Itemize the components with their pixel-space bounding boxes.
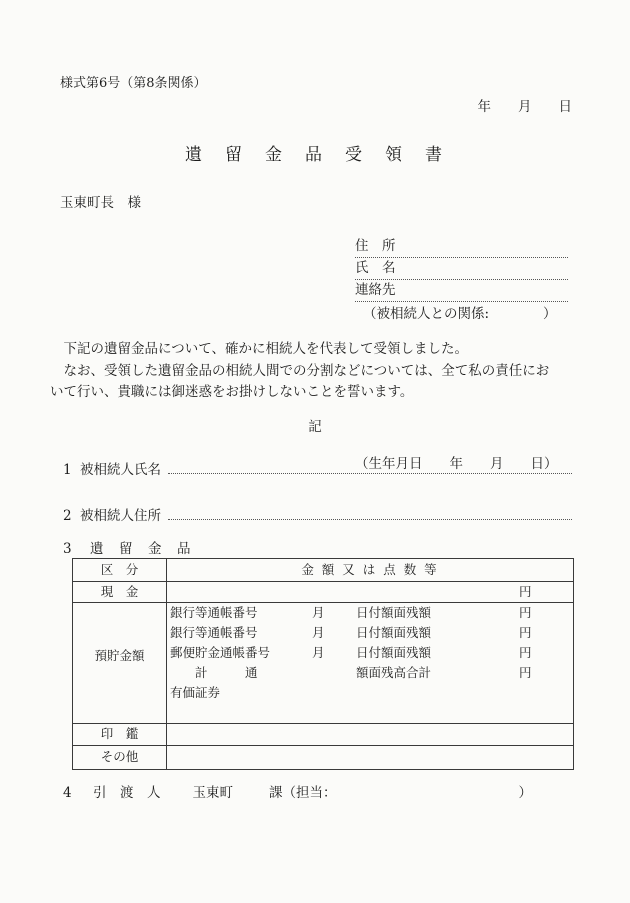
item4-label: 引 渡 人 <box>93 783 161 803</box>
form-number: 様式第6号（第8条関係） <box>60 74 207 94</box>
deposit-line-month: 月 <box>312 604 356 623</box>
deposit-line-desc: 日付額面残額 <box>356 604 519 623</box>
deposit-line-desc: 日付額面残額 <box>356 644 519 663</box>
recipient-block: 住 所 氏 名 連絡先 （被相続人との関係: ） <box>355 236 568 324</box>
town-name: 玉東町 <box>193 783 234 803</box>
item1-number: 1 <box>63 460 80 480</box>
deposit-line-desc: 日付額面残額 <box>356 624 519 643</box>
seal-row: 印 鑑 <box>73 723 573 745</box>
deposit-line-name: 銀行等通帳番号 <box>170 624 312 643</box>
deposit-line-blank <box>167 703 573 723</box>
other-value-cell <box>167 746 573 769</box>
deposit-lines: 銀行等通帳番号 月 日付額面残額 円 銀行等通帳番号 月 日付額面残額 円 郵便… <box>167 603 573 723</box>
decedent-name-fill-line: （生年月日 年 月 日） <box>168 455 572 474</box>
goods-table: 区 分 金 額 又 は 点 数 等 現 金 円 預貯金額 銀行等通帳番号 月 日… <box>72 558 574 770</box>
deposit-line-name: 有価証券 <box>170 684 312 703</box>
header-amount-cell: 金 額 又 は 点 数 等 <box>167 559 573 581</box>
item1-label: 被相続人氏名 <box>80 460 168 480</box>
address-fill-line: 住 所 <box>355 236 568 258</box>
cash-yen-unit: 円 <box>519 583 573 602</box>
body-paragraph: 下記の遺留金品について、確かに相続人を代表して受領しました。 なお、受領した遺留… <box>50 339 590 404</box>
document-title: 遺 留 金 品 受 領 書 <box>0 143 630 169</box>
deliverer-row: 4 引 渡 人 玉東町 課（担当： ） <box>63 783 532 803</box>
deposit-line-name: 計 通 <box>170 664 312 683</box>
item2-number: 2 <box>63 506 80 526</box>
contact-fill-line: 連絡先 <box>355 280 568 302</box>
other-row: その他 <box>73 745 573 769</box>
date-line: 年 月 日 <box>478 97 573 117</box>
deposit-line-unit: 円 <box>519 644 573 663</box>
deposit-line-name: 郵便貯金通帳番号 <box>170 644 312 663</box>
deposit-line-month: 月 <box>312 644 356 663</box>
deposit-line-bank1: 銀行等通帳番号 月 日付額面残額 円 <box>167 603 573 623</box>
deposit-line-name: 銀行等通帳番号 <box>170 604 312 623</box>
decedent-address-fill-line <box>168 501 572 520</box>
item2-label: 被相続人住所 <box>80 506 168 526</box>
deposit-row: 預貯金額 銀行等通帳番号 月 日付額面残額 円 銀行等通帳番号 月 日付額面残額… <box>73 602 573 723</box>
deposit-line-desc: 額面残高合計 <box>356 664 519 683</box>
item4-number: 4 <box>63 783 80 803</box>
cash-label-cell: 現 金 <box>73 582 167 602</box>
deposit-line-month: 月 <box>312 624 356 643</box>
other-label-cell: その他 <box>73 746 167 769</box>
deposit-line-total: 計 通 額面残高合計 円 <box>167 663 573 683</box>
deposit-line-bank2: 銀行等通帳番号 月 日付額面残額 円 <box>167 623 573 643</box>
deposit-line-postal: 郵便貯金通帳番号 月 日付額面残額 円 <box>167 643 573 663</box>
goods-section-heading: 3 遺 留 金 品 <box>63 539 192 559</box>
body-line-3: いて行い、貴職には御迷惑をお掛けしないことを誓います。 <box>50 382 590 404</box>
closing-paren: ） <box>519 783 533 803</box>
birthdate-note: （生年月日 年 月 日） <box>355 454 558 474</box>
deposit-label-cell: 預貯金額 <box>73 603 167 723</box>
section-and-staff-label: 課（担当： <box>269 783 337 803</box>
seal-label-cell: 印 鑑 <box>73 724 167 745</box>
header-category-cell: 区 分 <box>73 559 167 581</box>
relation-note: （被相続人との関係: ） <box>363 304 568 324</box>
body-line-1: 下記の遺留金品について、確かに相続人を代表して受領しました。 <box>50 339 590 361</box>
deposit-line-unit: 円 <box>519 624 573 643</box>
item3-number: 3 <box>63 539 80 559</box>
deposit-line-securities: 有価証券 <box>167 683 573 703</box>
decedent-name-row: 1 被相続人氏名 （生年月日 年 月 日） <box>63 455 572 474</box>
addressee-mayor: 玉東町長 様 <box>60 193 141 213</box>
ki-heading: 記 <box>0 417 630 437</box>
cash-row: 現 金 円 <box>73 581 573 602</box>
decedent-address-row: 2 被相続人住所 <box>63 501 572 520</box>
seal-value-cell <box>167 724 573 745</box>
deposit-line-unit: 円 <box>519 604 573 623</box>
deposit-line-unit: 円 <box>519 664 573 683</box>
item3-label: 遺 留 金 品 <box>90 539 192 559</box>
name-fill-line: 氏 名 <box>355 258 568 280</box>
table-header-row: 区 分 金 額 又 は 点 数 等 <box>73 559 573 581</box>
body-line-2: なお、受領した遺留金品の相続人間での分割などについては、全て私の責任にお <box>50 361 590 383</box>
